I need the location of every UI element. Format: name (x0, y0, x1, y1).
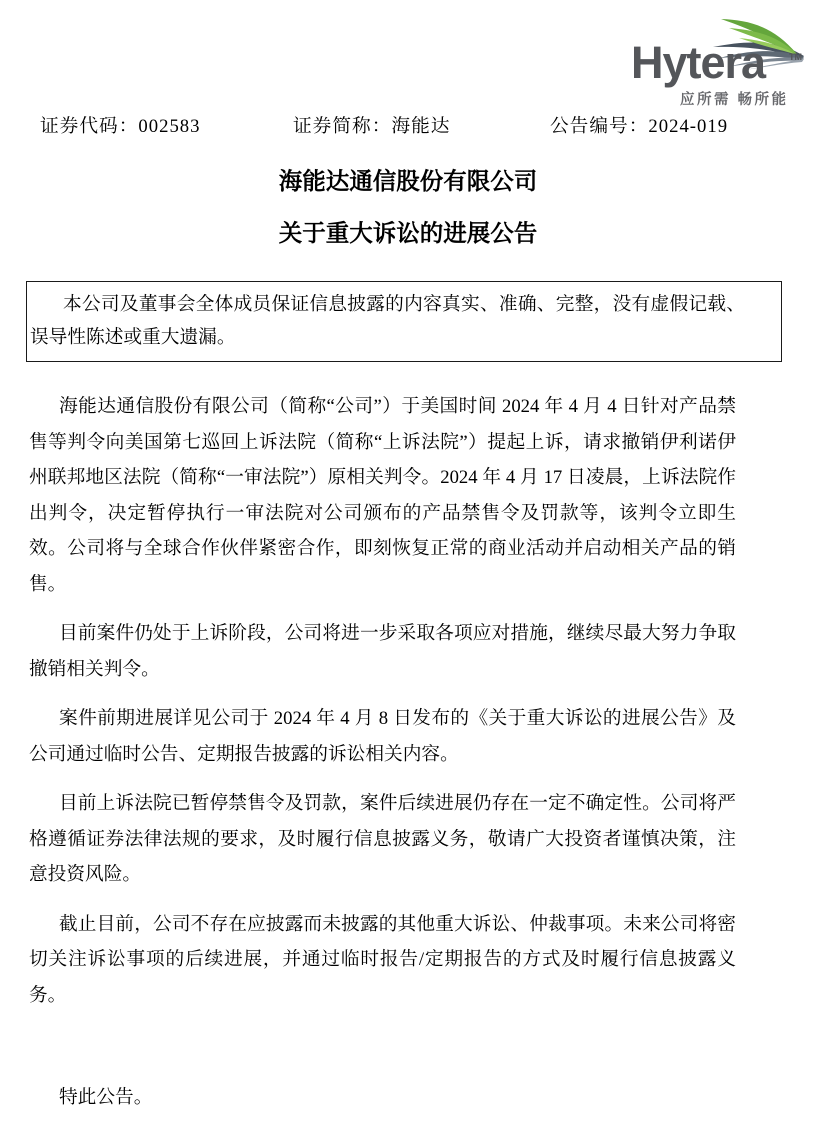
body-paragraph: 目前上诉法院已暂停禁售令及罚款，案件后续进展仍存在一定不确定性。公司将严格遵循证… (29, 786, 736, 893)
disclaimer-text: 本公司及董事会全体成员保证信息披露的内容真实、准确、完整，没有虚假记载、误导性陈… (30, 288, 745, 354)
brand-tagline: 应所需 畅所能 (680, 88, 789, 109)
body-paragraph: 目前案件仍处于上诉阶段，公司将进一步采取各项应对措施，继续尽最大努力争取撤销相关… (29, 616, 736, 687)
brand-wordmark: Hytera (631, 40, 765, 85)
announcement-page: Hytera TM 应所需 畅所能 证券代码：002583 证券简称：海能达 公… (0, 0, 816, 1131)
disclaimer-box: 本公司及董事会全体成员保证信息披露的内容真实、准确、完整，没有虚假记载、误导性陈… (26, 281, 782, 362)
meta-row: 证券代码：002583 证券简称：海能达 公告编号：2024-019 (0, 114, 816, 140)
body-paragraph: 案件前期进展详见公司于 2024 年 4 月 8 日发布的《关于重大诉讼的进展公… (29, 701, 736, 772)
body-paragraph: 海能达通信股份有限公司（简称“公司”）于美国时间 2024 年 4 月 4 日针… (29, 389, 736, 602)
closing-statement: 特此公告。 (29, 1080, 736, 1116)
announcement-title: 关于重大诉讼的进展公告 (0, 219, 816, 249)
announcement-body: 海能达通信股份有限公司（简称“公司”）于美国时间 2024 年 4 月 4 日针… (29, 361, 736, 1116)
body-paragraph: 截止目前，公司不存在应披露而未披露的其他重大诉讼、仲裁事项。未来公司将密切关注诉… (29, 907, 736, 1014)
stock-short-name: 证券简称：海能达 (293, 114, 451, 140)
company-title: 海能达通信股份有限公司 (0, 167, 816, 197)
hytera-logo: Hytera TM 应所需 畅所能 (631, 16, 803, 108)
trademark-symbol: TM (789, 52, 802, 62)
announcement-number: 公告编号：2024-019 (550, 114, 728, 140)
stock-code: 证券代码：002583 (40, 114, 201, 140)
